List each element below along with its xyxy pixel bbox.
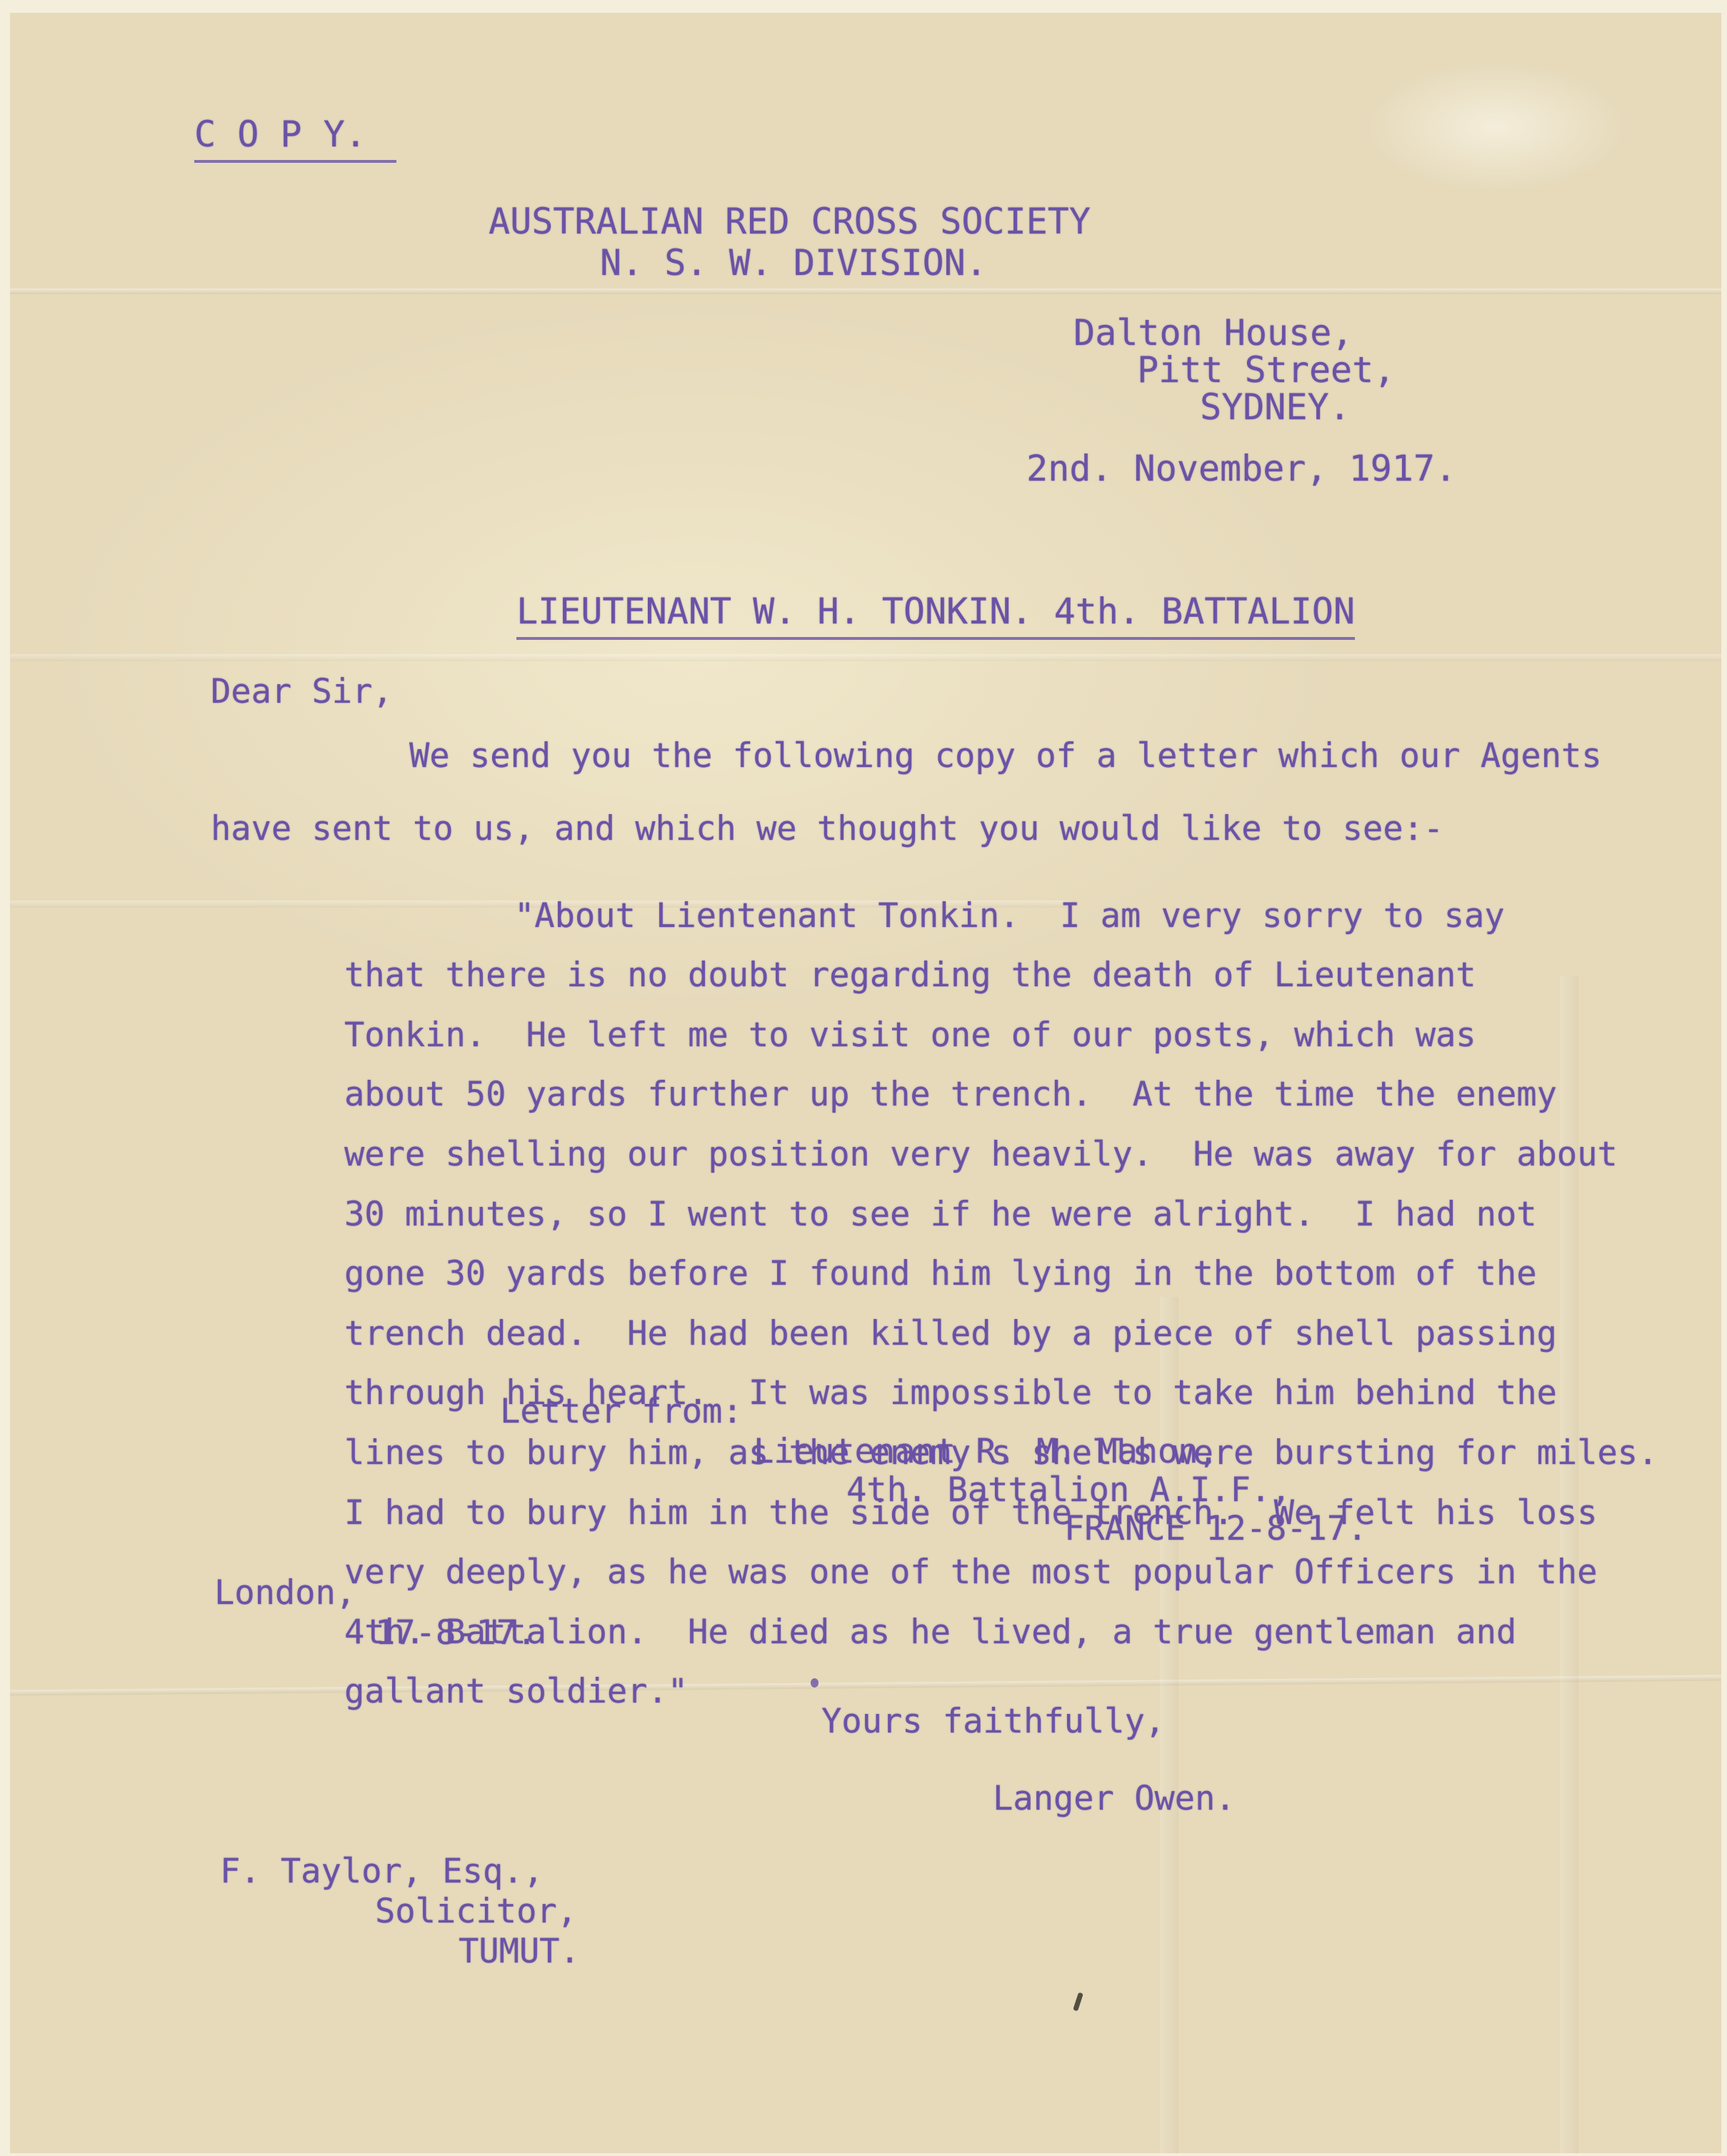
recipient-title: Solicitor,: [375, 1894, 577, 1929]
place-date-line: 17-8-17.: [375, 1615, 536, 1650]
letter-page: C O P Y. AUSTRALIAN RED CROSS SOCIETY N.…: [10, 13, 1721, 2153]
organization-name: AUSTRALIAN RED CROSS SOCIETY: [489, 203, 1091, 241]
recipient-town: TUMUT.: [459, 1934, 580, 1969]
quoted-line: trench dead. He had been killed by a pie…: [344, 1316, 1658, 1352]
quoted-line: 30 minutes, so I went to see if he were …: [344, 1197, 1658, 1233]
quoted-line: about 50 yards further up the trench. At…: [344, 1077, 1658, 1113]
letter-from-place-date: FRANCE 12-8-17.: [1064, 1511, 1367, 1546]
date-line: 2nd. November, 1917.: [1026, 450, 1456, 488]
copy-stamp: C O P Y.: [194, 116, 396, 163]
quoted-line: "About Lientenant Tonkin. I am very sorr…: [344, 898, 1658, 934]
fold-crease-top: [10, 289, 1721, 294]
letter-from-unit: 4th. Battalion A.I.F.,: [846, 1473, 1291, 1508]
address-line-2: Pitt Street,: [1137, 351, 1395, 389]
organization-division: N. S. W. DIVISION.: [600, 244, 987, 282]
letter-from-label: Letter from:: [500, 1394, 743, 1429]
quoted-letter-block: "About Lientenant Tonkin. I am very sorr…: [344, 874, 1658, 1734]
intro-line-2: have sent to us, and which we thought yo…: [211, 811, 1443, 846]
letter-from-name: Lieutenant R. M. Mahon,: [754, 1434, 1218, 1469]
place-line: London,: [214, 1575, 356, 1610]
fold-crease-subject: [10, 654, 1721, 661]
quoted-line: Tonkin. He left me to visit one of our p…: [344, 1018, 1658, 1053]
subject-line: LIEUTENANT W. H. TONKIN. 4th. BATTALION: [516, 593, 1355, 640]
quoted-line: gone 30 yards before I found him lying i…: [344, 1256, 1658, 1292]
dark-fleck: [1073, 1992, 1083, 2012]
signature-line: Langer Owen.: [993, 1781, 1236, 1816]
scanned-letter-screenshot: { "document": { "copy_label": "C O P Y."…: [0, 0, 1727, 2156]
salutation: Dear Sir,: [211, 674, 393, 709]
address-line-1: Dalton House,: [1073, 314, 1353, 352]
quoted-line: very deeply, as he was one of the most p…: [344, 1555, 1658, 1590]
address-line-3: SYDNEY.: [1200, 388, 1351, 426]
closing-line: Yours faithfully,: [821, 1704, 1165, 1739]
quoted-line: were shelling our position very heavily.…: [344, 1137, 1658, 1173]
quoted-line: that there is no doubt regarding the dea…: [344, 958, 1658, 993]
recipient-name: F. Taylor, Esq.,: [220, 1854, 544, 1889]
intro-line-1: We send you the following copy of a lett…: [409, 738, 1602, 773]
quoted-line: 4th. Battalion. He died as he lived, a t…: [344, 1615, 1658, 1650]
